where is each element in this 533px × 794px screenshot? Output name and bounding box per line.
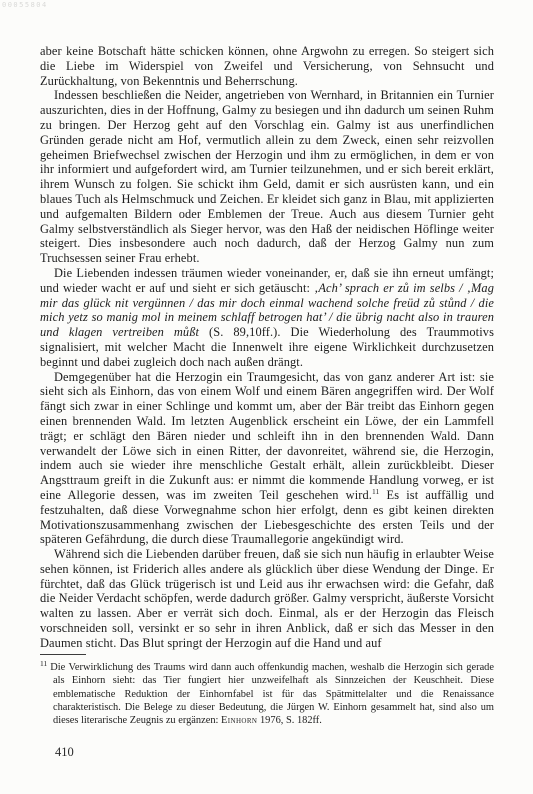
text-run: 1976, S. 182ff.	[257, 715, 321, 726]
paragraph: Während sich die Liebenden darüber freue…	[40, 547, 494, 651]
book-page: 00055804 aber keine Botschaft hätte schi…	[0, 0, 533, 794]
body-paragraphs: aber keine Botschaft hätte schicken könn…	[40, 44, 494, 651]
text-run: Einhorn	[221, 715, 257, 726]
footnote-marker: 11	[40, 659, 47, 668]
paragraph: aber keine Botschaft hätte schicken könn…	[40, 44, 494, 88]
footnote-text: 11Die Verwirklichung des Traums wird dan…	[40, 661, 494, 727]
paragraph: Indessen beschließen die Neider, angetri…	[40, 88, 494, 266]
paragraph: Demgegenüber hat die Herzogin ein Traumg…	[40, 370, 494, 548]
text-run: Demgegenüber hat die Herzogin ein Traumg…	[40, 370, 494, 502]
paragraph: Die Liebenden indessen träumen wieder vo…	[40, 266, 494, 370]
footnote-separator	[40, 654, 86, 655]
text-run: Während sich die Liebenden darüber freue…	[40, 547, 494, 650]
text-run: Indessen beschließen die Neider, angetri…	[40, 88, 494, 265]
text-run: aber keine Botschaft hätte schicken könn…	[40, 44, 494, 88]
scan-watermark: 00055804	[2, 1, 48, 9]
page-number: 410	[55, 745, 74, 760]
footnote-section: 11Die Verwirklichung des Traums wird dan…	[40, 654, 494, 727]
